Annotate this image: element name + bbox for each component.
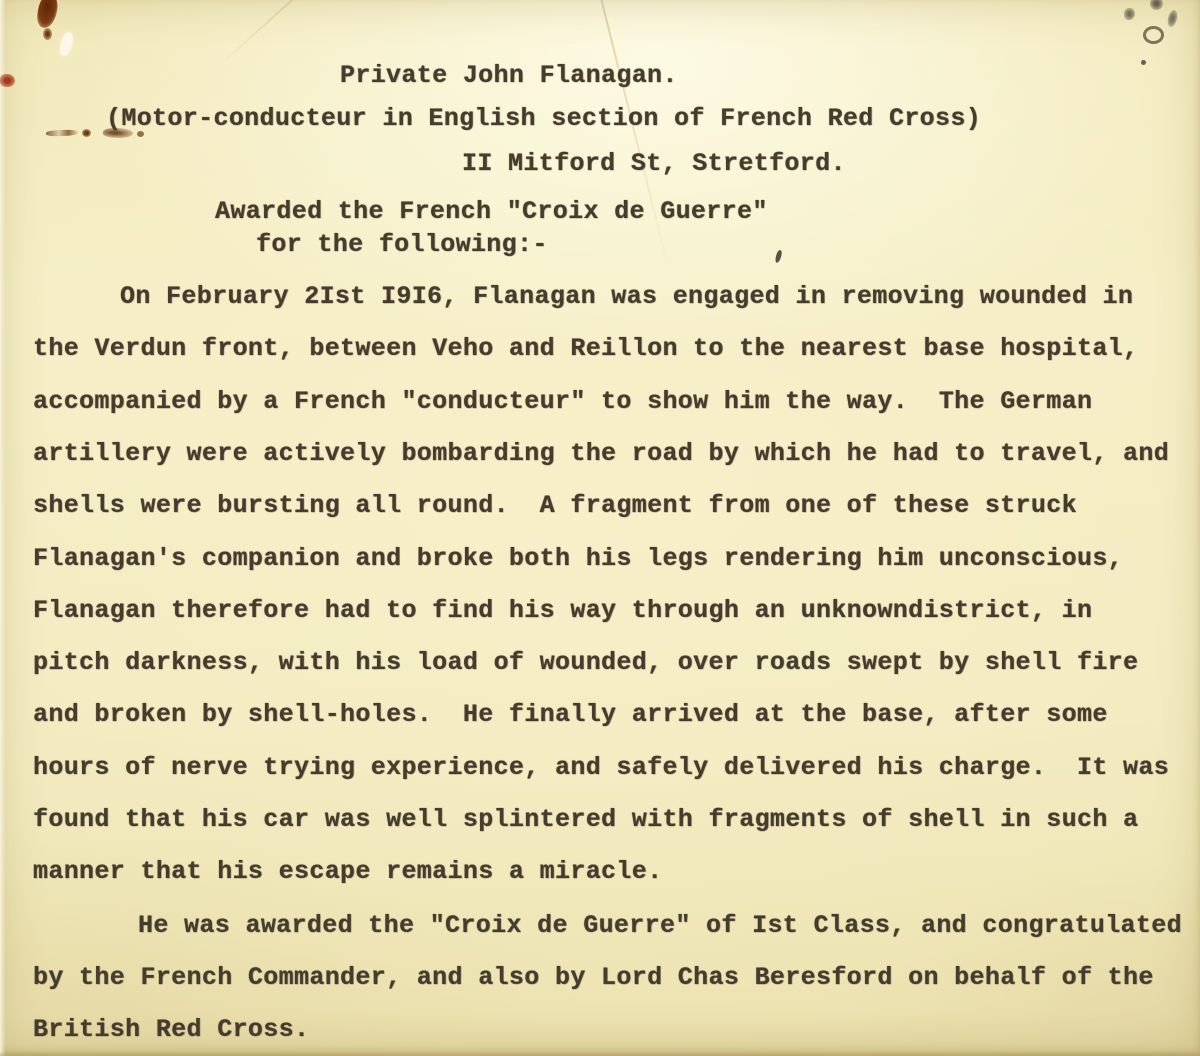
body-line: shells were bursting all round. A fragme… bbox=[33, 491, 1077, 520]
body-line: British Red Cross. bbox=[33, 1015, 309, 1044]
smudge-dot bbox=[1141, 60, 1146, 65]
ink-blot-icon bbox=[43, 28, 52, 40]
body-line: by the French Commander, and also by Lor… bbox=[33, 963, 1154, 992]
body-line: and broken by shell-holes. He finally ar… bbox=[33, 700, 1108, 729]
body-line: He was awarded the "Croix de Guerre" of … bbox=[138, 911, 1182, 940]
paper-tear-patch bbox=[58, 31, 76, 57]
doc-role-line: (Motor-conducteur in English section of … bbox=[106, 104, 981, 133]
smudge-mark bbox=[1124, 8, 1135, 20]
ink-speck bbox=[774, 250, 782, 264]
body-line: the Verdun front, between Veho and Reill… bbox=[33, 334, 1138, 363]
paper-crease bbox=[219, 0, 302, 66]
ink-blot-icon bbox=[36, 0, 60, 29]
smudge-mark bbox=[1166, 9, 1179, 28]
red-stain bbox=[0, 74, 15, 87]
body-line: found that his car was well splintered w… bbox=[33, 805, 1138, 834]
body-line: hours of nerve trying experience, and sa… bbox=[33, 753, 1169, 782]
body-line: manner that his escape remains a miracle… bbox=[33, 857, 662, 886]
paper-edge-highlight bbox=[0, 0, 6, 1056]
stain-speck bbox=[82, 129, 91, 137]
smudge-mark bbox=[1150, 0, 1163, 10]
paper-edge-shadow bbox=[0, 1051, 1200, 1056]
paper-crease bbox=[598, 0, 670, 272]
doc-name-line: Private John Flanagan. bbox=[340, 61, 678, 90]
stain-speck bbox=[46, 129, 78, 136]
body-line: accompanied by a French "conducteur" to … bbox=[33, 387, 1092, 416]
smudge-ring bbox=[1143, 26, 1164, 44]
doc-award-line-2: for the following:- bbox=[256, 230, 548, 259]
doc-award-line-1: Awarded the French "Croix de Guerre" bbox=[215, 197, 768, 226]
body-line: Flanagan's companion and broke both his … bbox=[33, 544, 1123, 573]
body-line: On February 2Ist I9I6, Flanagan was enga… bbox=[120, 282, 1133, 311]
body-line: pitch darkness, with his load of wounded… bbox=[33, 648, 1138, 677]
body-line: artillery were actively bombarding the r… bbox=[33, 439, 1169, 468]
doc-address-line: II Mitford St, Stretford. bbox=[462, 149, 846, 178]
scanned-typewritten-document: Private John Flanagan. (Motor-conducteur… bbox=[0, 0, 1200, 1056]
body-line: Flanagan therefore had to find his way t… bbox=[33, 596, 1092, 625]
